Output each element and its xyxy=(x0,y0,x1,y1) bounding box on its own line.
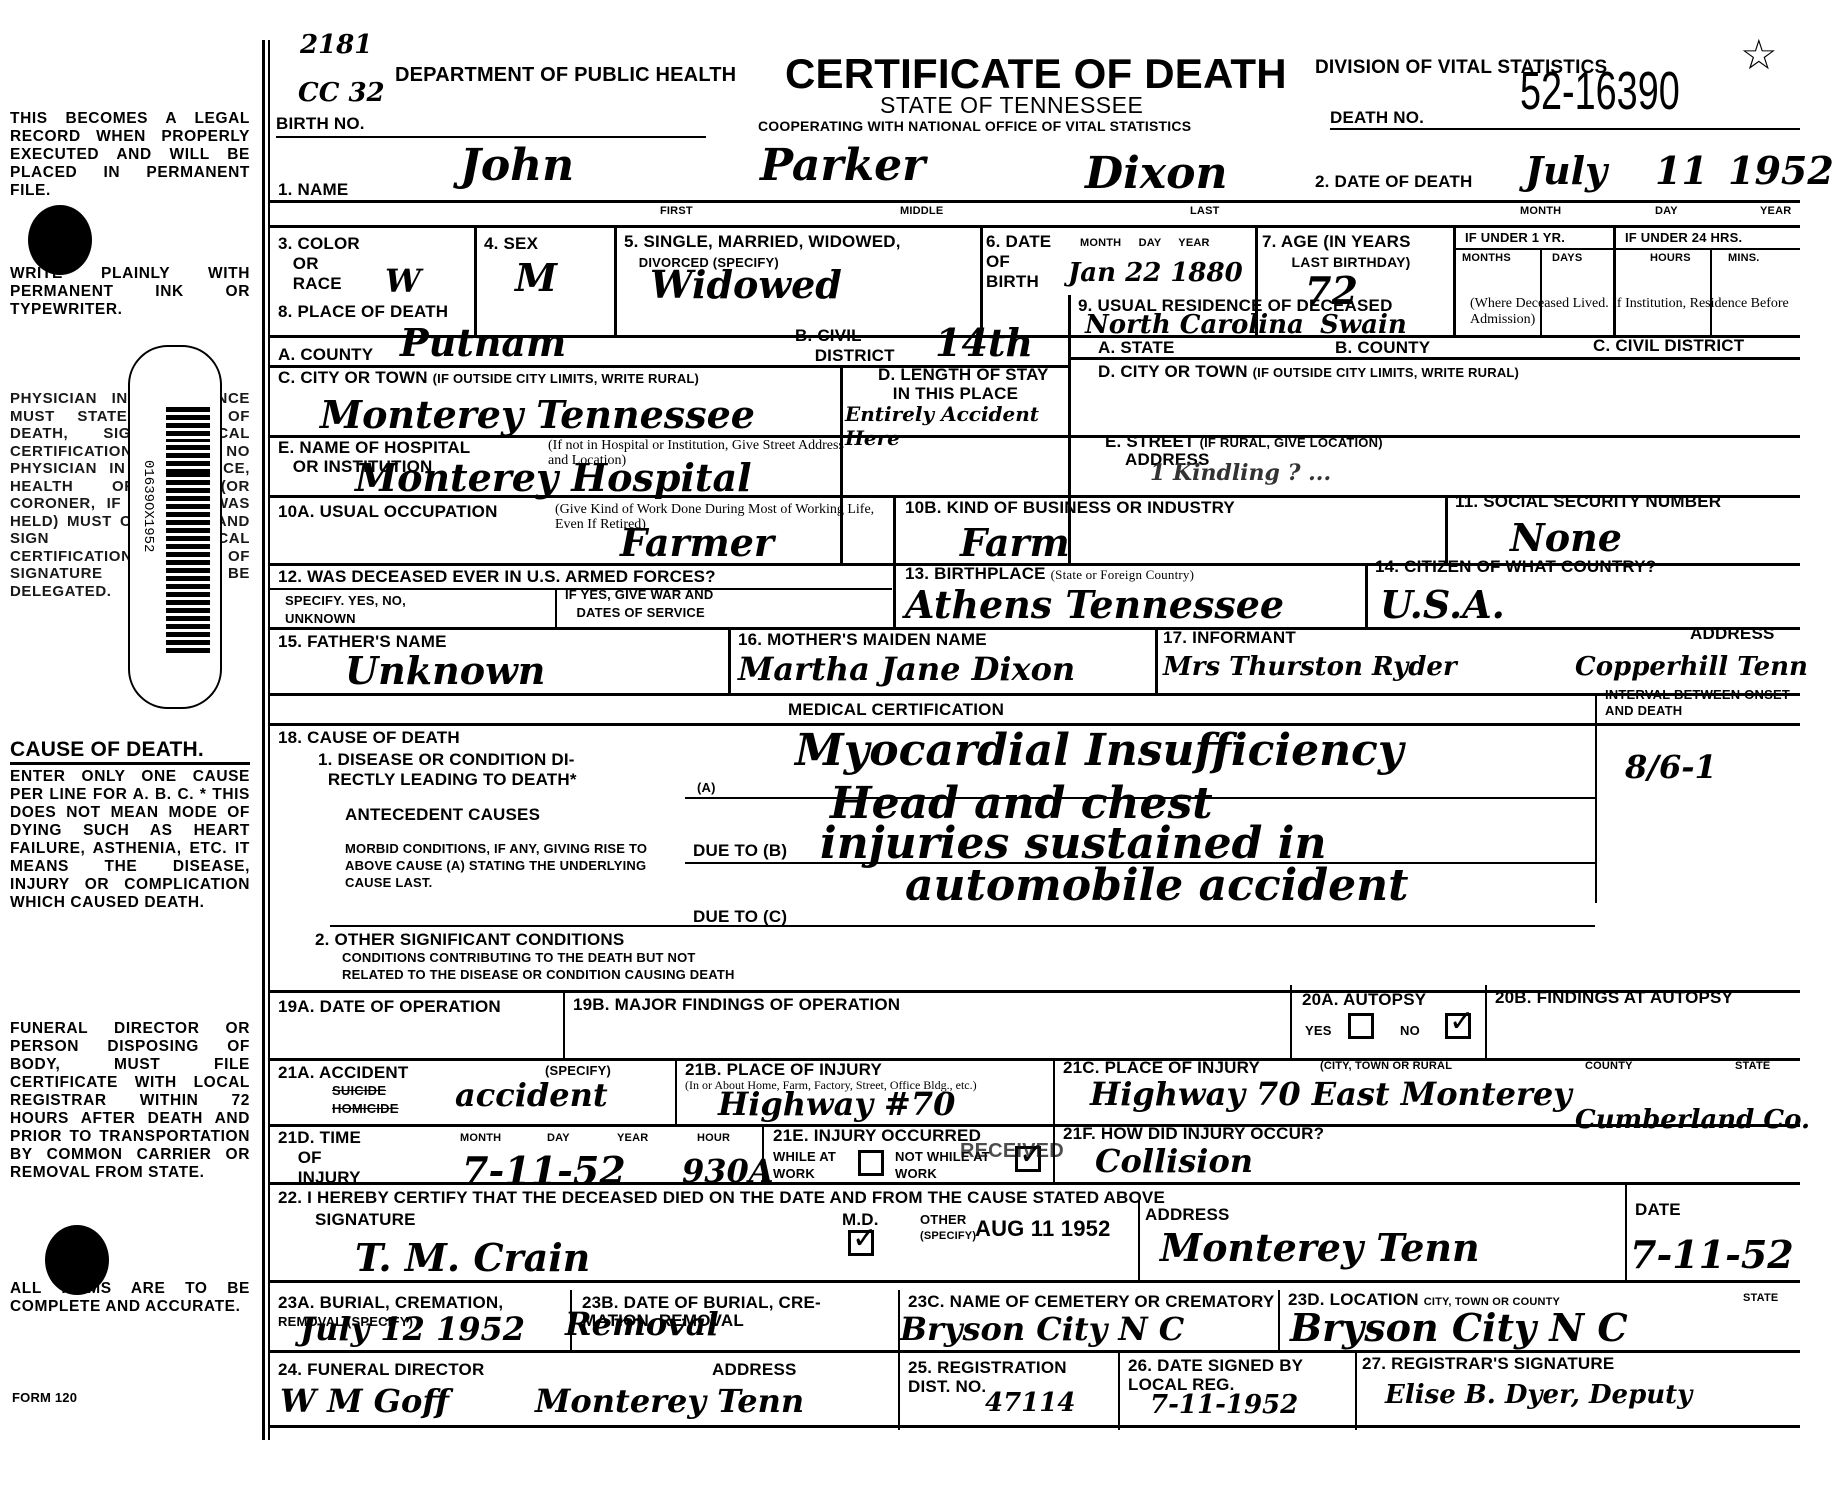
col-line xyxy=(1278,1290,1280,1350)
certificate-title: CERTIFICATE OF DEATH xyxy=(785,50,1287,98)
city-label-text: C. CITY OR TOWN xyxy=(278,368,428,387)
place-c-county-value: Cumberland Co. xyxy=(1575,1105,1810,1135)
cemetery-label: 23C. NAME OF Cemetery or Crematory xyxy=(908,1292,1274,1312)
length-of-stay-label: D. LENGTH OF STAY IN THIS PLACE xyxy=(878,365,1049,403)
reg-label-1: 25. REGISTRATION xyxy=(908,1358,1067,1377)
other-specify: (SPECIFY) xyxy=(920,1230,976,1242)
md-checkbox[interactable]: ✓ xyxy=(848,1230,874,1256)
received-date-stamp: AUG 11 1952 xyxy=(975,1216,1111,1242)
operation-findings-label: 19B. MAJOR FINDINGS OF OPERATION xyxy=(573,995,900,1015)
row-line xyxy=(270,1124,1800,1127)
armed-forces-label: 12. WAS DECEASED EVER IN U.S. ARMED FORC… xyxy=(278,567,716,587)
other-conditions-note-1: CONDITIONS CONTRIBUTING TO THE DEATH BUT… xyxy=(342,950,696,965)
stay-label-1: D. LENGTH OF STAY xyxy=(878,365,1049,384)
armed-specify-label: SPECIFY. YES, NO, UNKNOWN xyxy=(285,592,455,628)
name-first: John xyxy=(460,140,574,191)
color-label-1: 3. COLOR xyxy=(278,234,360,253)
cause-of-death-label: 18. CAUSE OF DEATH xyxy=(278,728,460,748)
col-line xyxy=(898,1350,900,1430)
col-line xyxy=(1485,985,1487,1060)
cause-line xyxy=(685,925,1595,927)
birth-no-line xyxy=(276,136,706,138)
hours-caption: HOURS xyxy=(1650,252,1691,264)
date-of-death-label: 2. DATE OF DEATH xyxy=(1315,172,1472,192)
mins-caption: MINS. xyxy=(1728,252,1760,264)
row-line xyxy=(270,1182,1800,1185)
all-items-note: ALL ITEMS ARE TO BE COMPLETE AND ACCURAT… xyxy=(10,1280,250,1316)
cause-instruction: ENTER ONLY ONE CAUSE PER LINE FOR A. B. … xyxy=(10,768,250,912)
funeral-director-address-label: ADDRESS xyxy=(712,1360,797,1380)
location-state-label: STATE xyxy=(1743,1292,1778,1304)
color-value: W xyxy=(385,262,421,300)
days-caption: DAYS xyxy=(1552,252,1582,264)
col-line xyxy=(1625,1185,1627,1282)
ssn-value: None xyxy=(1510,515,1622,560)
marital-label-1: 5. SINGLE, MARRIED, WIDOWED, xyxy=(624,232,901,251)
cause-b-line3: automobile accident xyxy=(905,860,1408,911)
col-line xyxy=(555,588,557,628)
check-icon: ✓ xyxy=(852,1221,877,1256)
father-value: Unknown xyxy=(345,648,545,693)
year-caption: YEAR xyxy=(1760,205,1791,217)
time-of-injury-value: 7-11-52 xyxy=(462,1148,626,1193)
death-city: Monterey Tennessee xyxy=(320,392,755,437)
city-label: C. CITY OR TOWN (IF OUTSIDE CITY LIMITS,… xyxy=(278,368,699,388)
time-year-caption: YEAR xyxy=(617,1132,648,1144)
mother-value: Martha Jane Dixon xyxy=(738,650,1075,688)
col-line xyxy=(1595,693,1597,903)
received-stamp: RECEIVED xyxy=(960,1140,1064,1163)
informant-label: 17. INFORMANT xyxy=(1163,628,1296,648)
county-label: A. COUNTY xyxy=(278,345,373,365)
operation-date-label: 19A. DATE OF OPERATION xyxy=(278,997,501,1017)
while-at-work-checkbox[interactable] xyxy=(858,1150,884,1176)
mother-label: 16. MOTHER'S MAIDEN NAME xyxy=(738,630,987,650)
funeral-director-note: FUNERAL DIRECTOR OR PERSON DISPOSING OF … xyxy=(10,1020,250,1182)
birth-no-label: BIRTH NO. xyxy=(276,114,365,134)
col-line xyxy=(1290,985,1292,1060)
row-line xyxy=(270,200,1800,203)
civil-label-2: DISTRICT xyxy=(815,346,895,365)
street-value: 1 Kindling ? ... xyxy=(1150,460,1331,486)
col-line xyxy=(614,225,617,337)
res-civil-label: C. CIVIL DISTRICT xyxy=(1593,336,1744,356)
stamp-number: 2181 xyxy=(300,30,372,60)
war-label-1: IF YES, GIVE WAR AND xyxy=(565,587,713,602)
death-no-label: DEATH NO. xyxy=(1330,108,1424,128)
date-signed-value: 7-11-1952 xyxy=(1150,1390,1298,1420)
other-conditions-label: 2. OTHER SIGNIFICANT CONDITIONS xyxy=(315,930,624,950)
residence-county: Swain xyxy=(1320,310,1407,340)
industry-value: Farm xyxy=(960,520,1070,565)
col-line xyxy=(563,990,565,1060)
cause-b-label: DUE TO (B) xyxy=(693,841,787,861)
stay-label-2: IN THIS PLACE xyxy=(893,384,1018,403)
name-middle: Parker xyxy=(760,140,925,191)
department-name: DEPARTMENT OF PUBLIC HEALTH xyxy=(395,64,736,87)
star-icon: ☆ xyxy=(1740,30,1778,79)
certify-date-label: DATE xyxy=(1635,1200,1681,1220)
row-line xyxy=(270,627,1800,630)
col-line xyxy=(1118,1350,1120,1430)
col-line xyxy=(893,563,896,628)
place-c-county: COUNTY xyxy=(1585,1060,1633,1072)
autopsy-label: 20A. AUTOPSY xyxy=(1302,990,1426,1010)
age-label-1: 7. AGE (IN YEARS xyxy=(1262,232,1411,251)
col-line xyxy=(1138,1200,1140,1282)
death-county: Putnam xyxy=(400,320,566,365)
col-line xyxy=(675,1058,677,1126)
antecedent-label: ANTECEDENT CAUSES xyxy=(345,805,540,825)
physician-signature: T. M. Crain xyxy=(355,1235,590,1280)
name-last: Dixon xyxy=(1085,148,1227,199)
birthplace-note: (State or Foreign Country) xyxy=(1051,567,1194,582)
cause-line xyxy=(330,925,690,927)
birthplace-label-text: 13. BIRTHPLACE xyxy=(905,564,1046,583)
col-line xyxy=(1355,1350,1357,1430)
residence-state: North Carolina xyxy=(1085,310,1304,340)
last-caption: LAST xyxy=(1190,205,1220,217)
birth-date-label: 6. DATEOFBIRTH xyxy=(986,232,1051,292)
place-c-state: STATE xyxy=(1735,1060,1770,1072)
street-note: (IF RURAL, GIVE LOCATION) xyxy=(1200,435,1383,450)
birthplace-label: 13. BIRTHPLACE (State or Foreign Country… xyxy=(905,564,1194,584)
burial-type-value: July 12 1952 xyxy=(300,1310,525,1348)
morbid-note: MORBID CONDITIONS, IF ANY, GIVING RISE T… xyxy=(345,840,675,891)
informant-address: Copperhill Tenn xyxy=(1575,652,1808,682)
street-label: E. STREET (IF RURAL, GIVE LOCATION) xyxy=(1105,432,1383,452)
autopsy-findings-label: 20B. FINDINGS AT AUTOPSY xyxy=(1495,988,1733,1008)
place-c-sub: (CITY, TOWN OR RURAL xyxy=(1320,1060,1452,1072)
res-city-note: (IF OUTSIDE CITY LIMITS, WRITE RURAL) xyxy=(1253,365,1519,380)
death-month: July xyxy=(1525,148,1607,193)
accident-label: 21A. ACCIDENT xyxy=(278,1063,408,1083)
birth-label-2: OF xyxy=(986,252,1010,271)
under-1yr-label: IF UNDER 1 YR. xyxy=(1465,230,1565,245)
cause-a-label: (A) xyxy=(697,780,716,795)
place-b-label: 21B. PLACE OF INJURY xyxy=(685,1060,882,1080)
res-city-label: D. CITY OR TOWN (IF OUTSIDE CITY LIMITS,… xyxy=(1098,362,1519,382)
age-label: 7. AGE (IN YEARS LAST BIRTHDAY) xyxy=(1262,232,1411,272)
accident-options: SUICIDE HOMICIDE xyxy=(332,1082,412,1118)
place-c-value: Highway 70 East Monterey xyxy=(1090,1075,1572,1113)
birth-label-1: 6. DATE xyxy=(986,232,1051,251)
birth-month-caption: MONTH xyxy=(1080,237,1121,249)
frame-left xyxy=(262,40,265,1440)
funeral-director-value: W M Goff xyxy=(280,1382,449,1420)
disease-label-1: 1. DISEASE OR CONDITION DI- xyxy=(318,750,575,769)
res-city-label-text: D. CITY OR TOWN xyxy=(1098,362,1248,381)
time-label-2: OF xyxy=(298,1148,322,1167)
registrar-signature: Elise B. Dyer, Deputy xyxy=(1385,1380,1692,1410)
months-caption: MONTHS xyxy=(1462,252,1511,264)
reg-label-2: DIST. NO. xyxy=(908,1377,986,1396)
sex-label: 4. SEX xyxy=(484,234,538,254)
middle-caption: MIDDLE xyxy=(900,205,943,217)
cemetery-value: Bryson City N C xyxy=(900,1310,1184,1348)
color-label-2: OR xyxy=(293,254,319,273)
funeral-director-address: Monterey Tenn xyxy=(535,1382,804,1420)
certify-date: 7-11-52 xyxy=(1630,1232,1794,1277)
birth-date-captions: MONTH DAY YEAR xyxy=(1080,237,1210,249)
col-line xyxy=(728,627,731,695)
bottom-line xyxy=(270,1425,1800,1428)
barcode-number: 01639OX1952 xyxy=(140,460,156,580)
time-of-injury-label: 21D. TIME OF INJURY xyxy=(278,1128,361,1188)
other-label: OTHER xyxy=(920,1212,967,1227)
residence-note: (Where Deceased Lived. If Institution, R… xyxy=(1470,296,1800,328)
autopsy-no-checkbox[interactable]: ✓ xyxy=(1445,1013,1471,1039)
informant-value: Mrs Thurston Ryder xyxy=(1163,652,1457,682)
birth-day-caption: DAY xyxy=(1139,237,1162,249)
cause-c-label: DUE TO (C) xyxy=(693,907,787,927)
hospital-name: Monterey Hospital xyxy=(355,455,752,500)
funeral-director-label: 24. FUNERAL DIRECTOR xyxy=(278,1360,484,1380)
row-line xyxy=(270,693,1800,696)
while-at-work-label: WHILE AT WORK xyxy=(773,1148,853,1182)
sex-value: M xyxy=(515,255,557,300)
col-line xyxy=(1365,563,1368,628)
how-injury-value: Collision xyxy=(1095,1142,1253,1180)
time-hour-caption: HOUR xyxy=(697,1132,730,1144)
col-line xyxy=(1053,1058,1055,1126)
death-day: 11 xyxy=(1655,148,1708,193)
cause-of-death-heading: CAUSE OF DEATH. xyxy=(10,738,250,765)
interval-a-value: 8/6-1 xyxy=(1625,748,1717,786)
stamp-code: CC 32 xyxy=(298,78,385,108)
registrar-label: 27. REGISTRAR'S SIGNATURE xyxy=(1362,1354,1614,1374)
citizen-value: U.S.A. xyxy=(1380,582,1505,627)
birth-date-value: Jan 22 1880 xyxy=(1068,258,1243,288)
color-label-3: RACE xyxy=(293,274,342,293)
burial-date-value: Removal xyxy=(565,1305,719,1343)
col-line xyxy=(893,495,896,565)
res-county-label: B. COUNTY xyxy=(1335,338,1430,358)
signature-label: SIGNATURE xyxy=(315,1210,416,1230)
accident-value: accident xyxy=(455,1076,608,1114)
row-line xyxy=(1068,357,1800,360)
barcode-icon xyxy=(166,407,210,656)
injury-occurred-label: 21E. INJURY OCCURRED xyxy=(773,1126,981,1146)
ssn-label: 11. SOCIAL SECURITY NUMBER xyxy=(1455,492,1721,512)
registration-value: 47114 xyxy=(985,1388,1075,1418)
certify-address: Monterey Tenn xyxy=(1160,1225,1480,1270)
place-b-value: Highway #70 xyxy=(718,1085,955,1123)
col-line xyxy=(1053,1124,1055,1184)
frame-left-inner xyxy=(268,40,270,1440)
row-line xyxy=(270,1058,1800,1061)
death-no-line xyxy=(1330,128,1800,130)
occupation-value: Farmer xyxy=(620,520,774,565)
length-of-stay: Entirely Accident Here xyxy=(845,402,1065,450)
first-caption: FIRST xyxy=(660,205,693,217)
other-conditions-note-2: RELATED TO THE DISEASE OR CONDITION CAUS… xyxy=(342,967,735,982)
birth-year-caption: YEAR xyxy=(1178,237,1209,249)
certify-statement: 22. I HEREBY CERTIFY THAT THE DECEASED D… xyxy=(278,1188,1165,1208)
death-civil-district: 14th xyxy=(935,320,1033,365)
color-label: 3. COLOR OR RACE xyxy=(278,234,360,294)
date-signed-label: 26. DATE SIGNED BYLOCAL REG. xyxy=(1128,1356,1303,1394)
legal-record-note: THIS BECOMES A LEGAL RECORD WHEN PROPERL… xyxy=(10,110,250,200)
citizen-label: 14. CITIZEN OF WHAT COUNTRY? xyxy=(1375,557,1656,577)
war-dates-label: IF YES, GIVE WAR AND DATES OF SERVICE xyxy=(565,586,713,622)
occupation-label: 10A. USUAL OCCUPATION xyxy=(278,502,498,522)
col-line xyxy=(762,1124,764,1184)
medical-certification-heading: MEDICAL CERTIFICATION xyxy=(788,700,1004,720)
write-plainly-note: WRITE PLAINLY WITH PERMANENT INK OR TYPE… xyxy=(10,265,250,319)
signed-label-1: 26. DATE SIGNED BY xyxy=(1128,1356,1303,1375)
col-line xyxy=(1445,495,1448,565)
cause-a-value: Myocardial Insufficiency xyxy=(795,725,1403,776)
civil-district-label: B. CIVIL DISTRICT xyxy=(795,326,895,366)
autopsy-yes-checkbox[interactable] xyxy=(1348,1013,1374,1039)
cooperating-note: COOPERATING WITH NATIONAL OFFICE OF VITA… xyxy=(758,118,1191,134)
under-24hrs-label: IF UNDER 24 HRS. xyxy=(1625,230,1742,245)
certify-address-label: ADDRESS xyxy=(1145,1205,1230,1225)
how-injury-label: 21F. HOW DID INJURY OCCUR? xyxy=(1063,1124,1324,1144)
row-line xyxy=(270,1350,1800,1353)
death-year: 1952 xyxy=(1728,148,1834,193)
place-of-death-label: 8. PLACE OF DEATH xyxy=(278,302,448,322)
autopsy-no-label: NO xyxy=(1400,1023,1420,1038)
city-note: (IF OUTSIDE CITY LIMITS, WRITE RURAL) xyxy=(433,371,699,386)
row-line xyxy=(270,225,1800,228)
industry-label: 10B. KIND OF BUSINESS OR INDUSTRY xyxy=(905,498,1235,518)
sub-line xyxy=(1453,248,1800,250)
col-line xyxy=(1155,627,1158,695)
informant-address-label: ADDRESS xyxy=(1690,624,1775,644)
month-caption: MONTH xyxy=(1520,205,1561,217)
disease-label-2: RECTLY LEADING TO DEATH* xyxy=(328,770,577,789)
col-line xyxy=(1453,225,1456,337)
check-icon: ✓ xyxy=(1449,1004,1474,1039)
interval-label: INTERVAL BETWEEN ONSET AND DEATH xyxy=(1605,687,1805,719)
birthplace-value: Athens Tennessee xyxy=(905,582,1284,627)
marital-value: Widowed xyxy=(650,262,842,307)
day-caption: DAY xyxy=(1655,205,1678,217)
time-month-caption: MONTH xyxy=(460,1132,501,1144)
row-line xyxy=(270,435,1800,438)
time-day-caption: DAY xyxy=(547,1132,570,1144)
death-number: 52-16390 xyxy=(1520,60,1680,122)
birth-label-3: BIRTH xyxy=(986,272,1039,291)
street-label-1: E. STREET xyxy=(1105,432,1195,451)
form-number: FORM 120 xyxy=(12,1390,77,1405)
disease-label: 1. DISEASE OR CONDITION DI- RECTLY LEADI… xyxy=(318,750,577,790)
row-line xyxy=(270,1280,1800,1283)
war-label-2: DATES OF SERVICE xyxy=(576,605,704,620)
autopsy-yes-label: YES xyxy=(1305,1023,1332,1038)
state-name: STATE OF TENNESSEE xyxy=(880,92,1143,119)
name-label: 1. NAME xyxy=(278,180,348,200)
res-state-label: A. STATE xyxy=(1098,338,1175,358)
civil-label-1: B. CIVIL xyxy=(795,326,862,345)
barcode-label: 01639OX1952 xyxy=(128,345,222,709)
location-value: Bryson City N C xyxy=(1290,1305,1628,1350)
time-label-1: 21D. TIME xyxy=(278,1128,361,1147)
